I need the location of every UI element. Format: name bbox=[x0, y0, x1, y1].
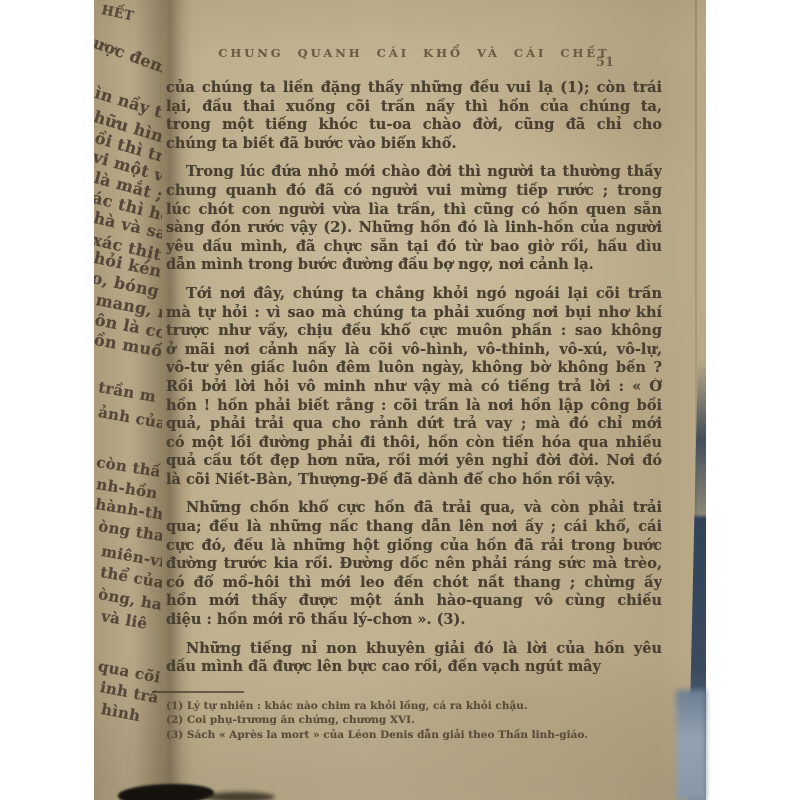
right-page-content: CHUNG QUANH CÁI KHỔ VÀ CÁI CHẾT 51 của c… bbox=[166, 46, 662, 742]
left-page-text-fragment: ược đem b bbox=[94, 33, 162, 83]
text-line: Trong lúc đứa nhỏ mới chào đời thì người… bbox=[166, 163, 662, 182]
left-page-text-fragment: hình bbox=[100, 700, 142, 725]
text-line: hồn mới thấy được một ánh hào-quang vô c… bbox=[166, 592, 662, 611]
text-line: Tới nơi đây, chúng ta chẳng khỏi ngó ngo… bbox=[166, 285, 662, 304]
chapter-title: CHUNG QUANH CÁI KHỔ VÀ CÁI CHẾT bbox=[166, 46, 662, 60]
footnote-line: (1) Lý tự nhiên : khác nào chim ra khỏi … bbox=[166, 699, 662, 714]
footnotes-block: (1) Lý tự nhiên : khác nào chim ra khỏi … bbox=[166, 699, 662, 743]
text-line: mà tự hỏi : vì sao mà chúng ta phải xuốn… bbox=[166, 304, 662, 323]
text-line: quả, phải trải qua cho rảnh dứt trả vay … bbox=[166, 415, 662, 434]
paragraph: của chúng ta liền đặng thấy những đều vu… bbox=[166, 79, 662, 153]
text-line: Những tiếng nỉ non khuyên giải đó là lời… bbox=[166, 640, 662, 659]
text-line: đường trước kia rồi. Đường dốc nên phải … bbox=[166, 555, 662, 574]
text-line: yêu dấu mình, đã chực sẵn tại đó từ bao … bbox=[166, 238, 662, 257]
footnote-divider bbox=[152, 691, 244, 693]
text-line: của chúng ta liền đặng thấy những đều vu… bbox=[166, 79, 662, 98]
text-line: có một lối đường phải đi thôi, hồn còn t… bbox=[166, 434, 662, 453]
text-line: diệu : hồn mới rõ thấu lý-chơn ». (3). bbox=[166, 611, 662, 630]
text-line: là cõi Niết-Bàn, Thượng-Đế đã dành để ch… bbox=[166, 471, 662, 490]
text-line: chúng ta biết đã bước vào biển khổ. bbox=[166, 135, 662, 154]
footnote-line: (3) Sách « Après la mort » của Léon Deni… bbox=[166, 728, 662, 743]
left-page-text-fragment: HẾT bbox=[100, 3, 135, 24]
text-line: quả cầu tốt đẹp hơn nữa, rồi mới yên ngh… bbox=[166, 452, 662, 471]
photo-background: HẾTược đem bìn nầy thìhữu hình tồi thì t… bbox=[0, 0, 800, 800]
page-number: 51 bbox=[596, 55, 614, 70]
left-page-text-fragment: ảnh của bbox=[97, 403, 162, 433]
text-line: qua; đều là những nấc thang dẫn lên nơi … bbox=[166, 518, 662, 537]
body-text: của chúng ta liền đặng thấy những đều vu… bbox=[166, 79, 662, 677]
text-line: vô-tư yên giấc luôn đêm luôn ngày, không… bbox=[166, 359, 662, 378]
text-line: trược như vầy, chịu đều khổ cực muôn phầ… bbox=[166, 322, 662, 341]
book-bottom-shadow-small bbox=[205, 792, 275, 800]
running-header: CHUNG QUANH CÁI KHỔ VÀ CÁI CHẾT 51 bbox=[166, 46, 662, 72]
text-line: ở mãi nơi cảnh nầy là cõi vô-hình, vô-th… bbox=[166, 341, 662, 360]
paragraph: Tới nơi đây, chúng ta chẳng khỏi ngó ngo… bbox=[166, 285, 662, 490]
background-blur-bottom-right bbox=[676, 690, 706, 800]
paragraph: Những tiếng nỉ non khuyên giải đó là lời… bbox=[166, 640, 662, 677]
text-line: dấu mình đã được lên bực cao rồi, đến vạ… bbox=[166, 658, 662, 677]
text-line: có đổ mồ-hôi thì mới leo đến chót nất th… bbox=[166, 574, 662, 593]
paragraph: Những chốn khổ cực hồn đã trải qua, và c… bbox=[166, 499, 662, 629]
left-page-text-fragment: trần m bbox=[97, 378, 158, 406]
text-line: lại, đầu thai xuống cõi trần nầy thì hồn… bbox=[166, 98, 662, 117]
left-page-partial: HẾTược đem bìn nầy thìhữu hình tồi thì t… bbox=[94, 0, 162, 800]
text-line: sàng đón rước vậy (2). Những hồn đó là l… bbox=[166, 219, 662, 238]
text-line: trong một tiếng khóc tu-oa chào đời, cũn… bbox=[166, 116, 662, 135]
text-line: Những chốn khổ cực hồn đã trải qua, và c… bbox=[166, 499, 662, 518]
text-line: cực đó, đều là những hột giống của hồn đ… bbox=[166, 537, 662, 556]
text-line: Rồi bởi lời hỏi vô minh như vậy mà có ti… bbox=[166, 378, 662, 397]
book-page-photo: HẾTược đem bìn nầy thìhữu hình tồi thì t… bbox=[94, 0, 706, 800]
text-line: hồn ! hồn phải biết rằng : cõi trần là n… bbox=[166, 397, 662, 416]
paragraph: Trong lúc đứa nhỏ mới chào đời thì người… bbox=[166, 163, 662, 275]
text-line: dẫn mình trong bước đường đầu bợ ngợ, nơ… bbox=[166, 256, 662, 275]
left-page-text-fragment: và liê bbox=[100, 607, 149, 633]
text-line: chung quanh đó đã có người vui mừng tiếp… bbox=[166, 182, 662, 201]
footnote-line: (2) Coi phụ-trương ăn chứng, chương XVI. bbox=[166, 713, 662, 728]
text-line: lúc chót con người vừa lìa trần, thì cũn… bbox=[166, 201, 662, 220]
